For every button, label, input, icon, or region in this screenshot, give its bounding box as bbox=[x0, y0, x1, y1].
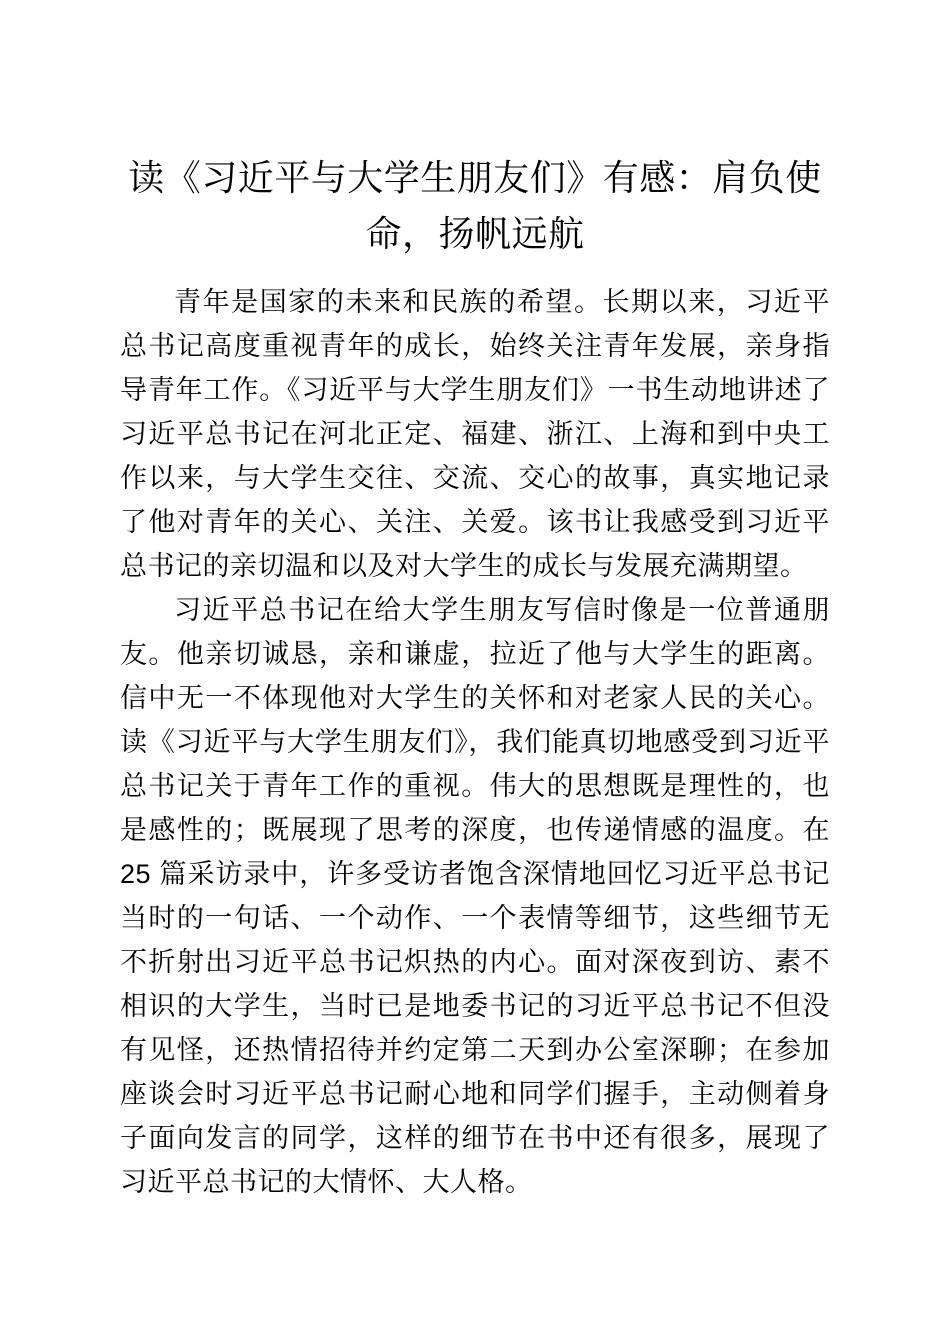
paragraph-body: 习近平总书记在给大学生朋友写信时像是一位普通朋友。他亲切诚恳，亲和谦虚，拉近了他… bbox=[120, 588, 830, 1204]
paragraph-intro: 青年是国家的未来和民族的希望。长期以来，习近平总书记高度重视青年的成长，始终关注… bbox=[120, 280, 830, 588]
document-page: 读《习近平与大学生朋友们》有感：肩负使命，扬帆远航 青年是国家的未来和民族的希望… bbox=[0, 0, 950, 1344]
document-title: 读《习近平与大学生朋友们》有感：肩负使命，扬帆远航 bbox=[120, 150, 830, 262]
